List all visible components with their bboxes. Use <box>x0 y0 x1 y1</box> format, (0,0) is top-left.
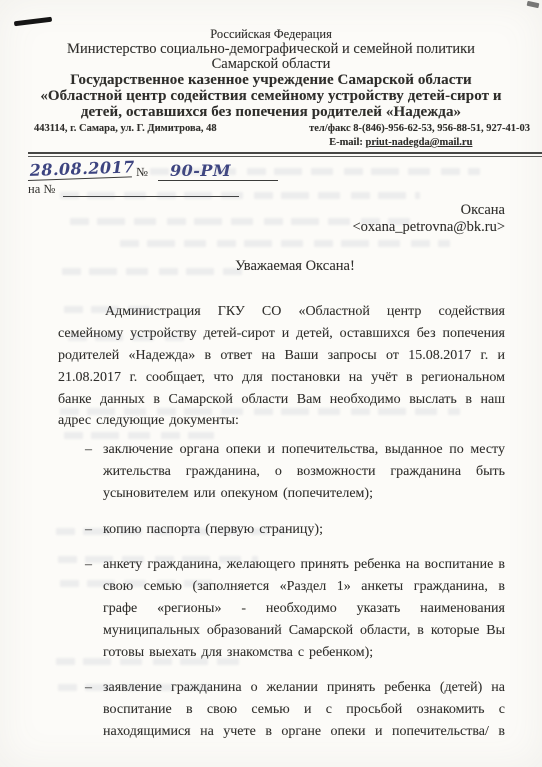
list-item: – анкету гражданина, желающего принять р… <box>85 554 505 663</box>
bleed-through-artifact <box>120 240 450 247</box>
list-item-text: анкету гражданина, желающего принять реб… <box>103 554 505 663</box>
dash-bullet-icon: – <box>85 439 103 504</box>
letterhead-org-line1: Государственное казенное учреждение Сама… <box>0 72 542 88</box>
number-sign-label: № <box>136 165 148 181</box>
letterhead-org-line2: «Областной центр содействия семейному ус… <box>0 88 542 104</box>
org-address: 443114, г. Самара, ул. Г. Димитрова, 48 <box>34 123 217 149</box>
bleed-through-artifact <box>150 168 480 175</box>
reply-to-label: на № <box>28 182 55 197</box>
bleed-through-artifact <box>56 528 286 535</box>
letterhead: Российская Федерация Министерство социал… <box>0 0 542 120</box>
bleed-through-artifact <box>62 268 242 275</box>
bleed-through-artifact <box>58 684 228 691</box>
org-email-label: E-mail: <box>329 137 363 148</box>
bleed-through-artifact <box>70 218 410 225</box>
letterhead-contacts: 443114, г. Самара, ул. Г. Димитрова, 48 … <box>0 123 542 149</box>
org-email-line: E-mail: priut-nadegda@mail.ru <box>329 137 530 150</box>
bleed-through-artifact <box>60 192 420 199</box>
bleed-through-artifact <box>60 408 460 415</box>
letterhead-country: Российская Федерация <box>0 27 542 42</box>
bleed-through-artifact <box>58 556 258 563</box>
bleed-through-artifact <box>64 432 214 439</box>
bleed-through-artifact <box>56 658 246 665</box>
org-phone: тел/факс 8-(846)-956-62-53, 956-88-51, 9… <box>309 123 530 136</box>
letterhead-divider <box>28 152 542 157</box>
recipient-name: Оксана <box>0 202 505 219</box>
org-phone-email: тел/факс 8-(846)-956-62-53, 956-88-51, 9… <box>309 123 530 149</box>
list-item: – заключение органа опеки и попечительст… <box>85 439 505 504</box>
bleed-through-artifact <box>60 580 220 587</box>
dash-bullet-icon: – <box>85 554 103 663</box>
documents-list: – заключение органа опеки и попечительст… <box>85 439 505 743</box>
scanned-letter-page: Российская Федерация Министерство социал… <box>0 0 542 767</box>
list-item-text: заключение органа опеки и попечительства… <box>103 439 505 504</box>
letterhead-ministry: Министерство социально-демографической и… <box>0 42 542 57</box>
letterhead-region: Самарской области <box>0 57 542 72</box>
bleed-through-artifact <box>64 306 154 313</box>
org-email: priut-nadegda@mail.ru <box>366 137 473 148</box>
handwritten-date: 28.08.2017 <box>27 158 132 182</box>
letterhead-org-line3: детей, оставшихся без попечения родителе… <box>0 104 542 120</box>
bleed-through-artifact <box>68 334 188 341</box>
